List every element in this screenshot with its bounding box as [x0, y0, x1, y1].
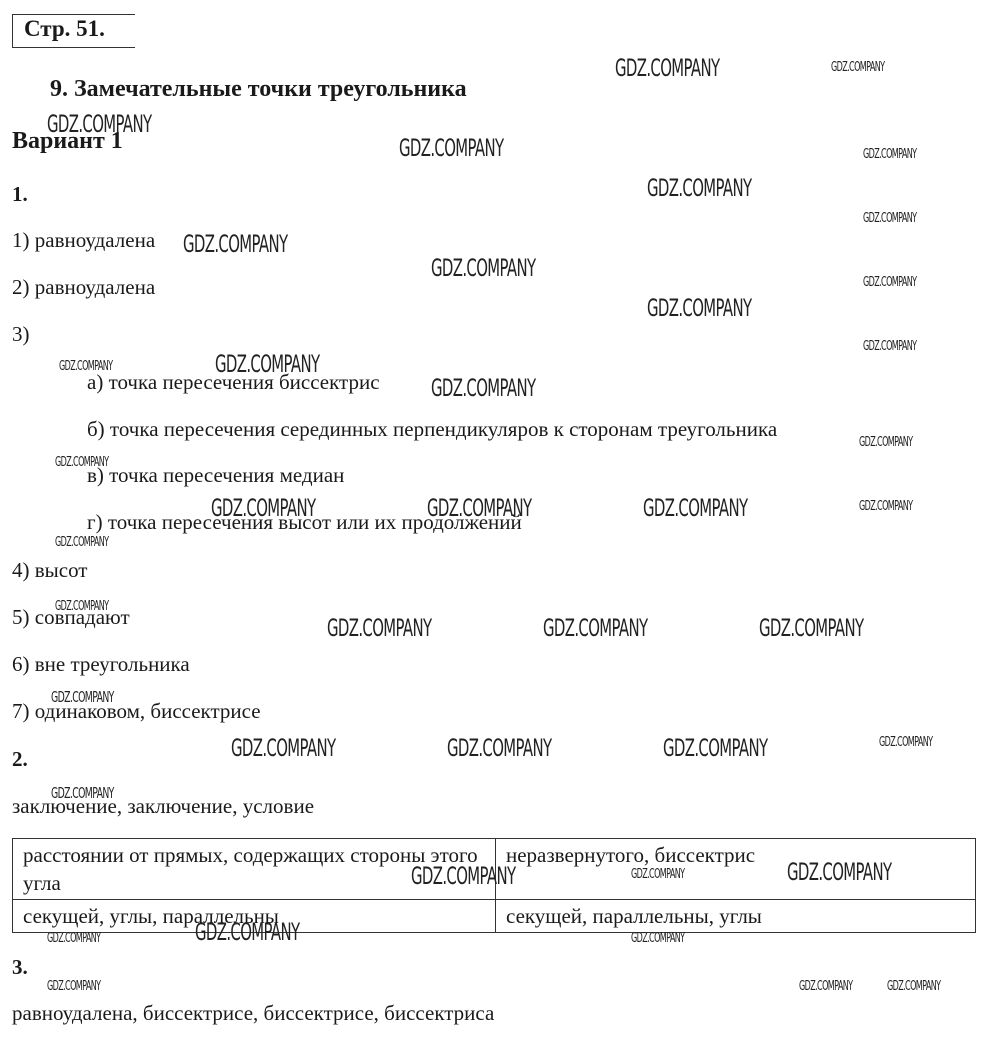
answer-subline: б) точка пересечения серединных перпенди… — [87, 417, 777, 442]
watermark: GDZ.COMPANY — [211, 494, 315, 522]
watermark: GDZ.COMPANY — [215, 350, 319, 378]
watermark: GDZ.COMPANY — [431, 374, 535, 402]
watermark: GDZ.COMPANY — [615, 54, 719, 82]
watermark: GDZ.COMPANY — [863, 339, 916, 354]
watermark: GDZ.COMPANY — [647, 174, 751, 202]
table-row: секущей, углы, параллельны секущей, пара… — [13, 900, 976, 933]
watermark: GDZ.COMPANY — [759, 614, 863, 642]
watermark: GDZ.COMPANY — [631, 867, 684, 882]
watermark: GDZ.COMPANY — [859, 499, 912, 514]
watermark: GDZ.COMPANY — [195, 918, 299, 946]
answer-line: 3) — [12, 322, 30, 347]
question-3-text: равноудалена, биссектрисе, биссектрисе, … — [12, 1001, 494, 1026]
question-3-number: 3. — [12, 955, 28, 980]
watermark: GDZ.COMPANY — [643, 494, 747, 522]
watermark: GDZ.COMPANY — [831, 60, 884, 75]
watermark: GDZ.COMPANY — [183, 230, 287, 258]
watermark: GDZ.COMPANY — [47, 110, 151, 138]
watermark: GDZ.COMPANY — [431, 254, 535, 282]
watermark: GDZ.COMPANY — [859, 435, 912, 450]
answer-line: 2) равноудалена — [12, 275, 155, 300]
watermark: GDZ.COMPANY — [863, 147, 916, 162]
watermark: GDZ.COMPANY — [411, 862, 515, 890]
watermark: GDZ.COMPANY — [887, 979, 940, 994]
watermark: GDZ.COMPANY — [55, 599, 108, 614]
watermark: GDZ.COMPANY — [47, 979, 100, 994]
watermark: GDZ.COMPANY — [47, 931, 100, 946]
watermark: GDZ.COMPANY — [879, 735, 932, 750]
answer-line: 4) высот — [12, 558, 88, 583]
table-cell: неразвернутого, биссектрис — [496, 839, 976, 900]
watermark: GDZ.COMPANY — [543, 614, 647, 642]
watermark: GDZ.COMPANY — [631, 931, 684, 946]
question-2-number: 2. — [12, 747, 28, 772]
answer-line: 7) одинаковом, биссектрисе — [12, 699, 261, 724]
watermark: GDZ.COMPANY — [663, 734, 767, 762]
table-cell: секущей, параллельны, углы — [496, 900, 976, 933]
answer-subline: в) точка пересечения медиан — [87, 463, 344, 488]
watermark: GDZ.COMPANY — [427, 494, 531, 522]
watermark: GDZ.COMPANY — [787, 858, 891, 886]
question-1-number: 1. — [12, 182, 28, 207]
watermark: GDZ.COMPANY — [863, 275, 916, 290]
watermark: GDZ.COMPANY — [231, 734, 335, 762]
watermark: GDZ.COMPANY — [327, 614, 431, 642]
watermark: GDZ.COMPANY — [399, 134, 503, 162]
watermark: GDZ.COMPANY — [55, 535, 108, 550]
watermark: GDZ.COMPANY — [51, 688, 114, 706]
watermark: GDZ.COMPANY — [863, 211, 916, 226]
watermark: GDZ.COMPANY — [55, 455, 108, 470]
watermark: GDZ.COMPANY — [59, 359, 112, 374]
answer-line: 1) равноудалена — [12, 228, 155, 253]
section-title: 9. Замечательные точки треугольника — [50, 76, 467, 103]
watermark: GDZ.COMPANY — [51, 784, 114, 802]
page-label: Стр. 51. — [24, 16, 105, 42]
watermark: GDZ.COMPANY — [799, 979, 852, 994]
answer-line: 6) вне треугольника — [12, 652, 190, 677]
watermark: GDZ.COMPANY — [447, 734, 551, 762]
watermark: GDZ.COMPANY — [647, 294, 751, 322]
